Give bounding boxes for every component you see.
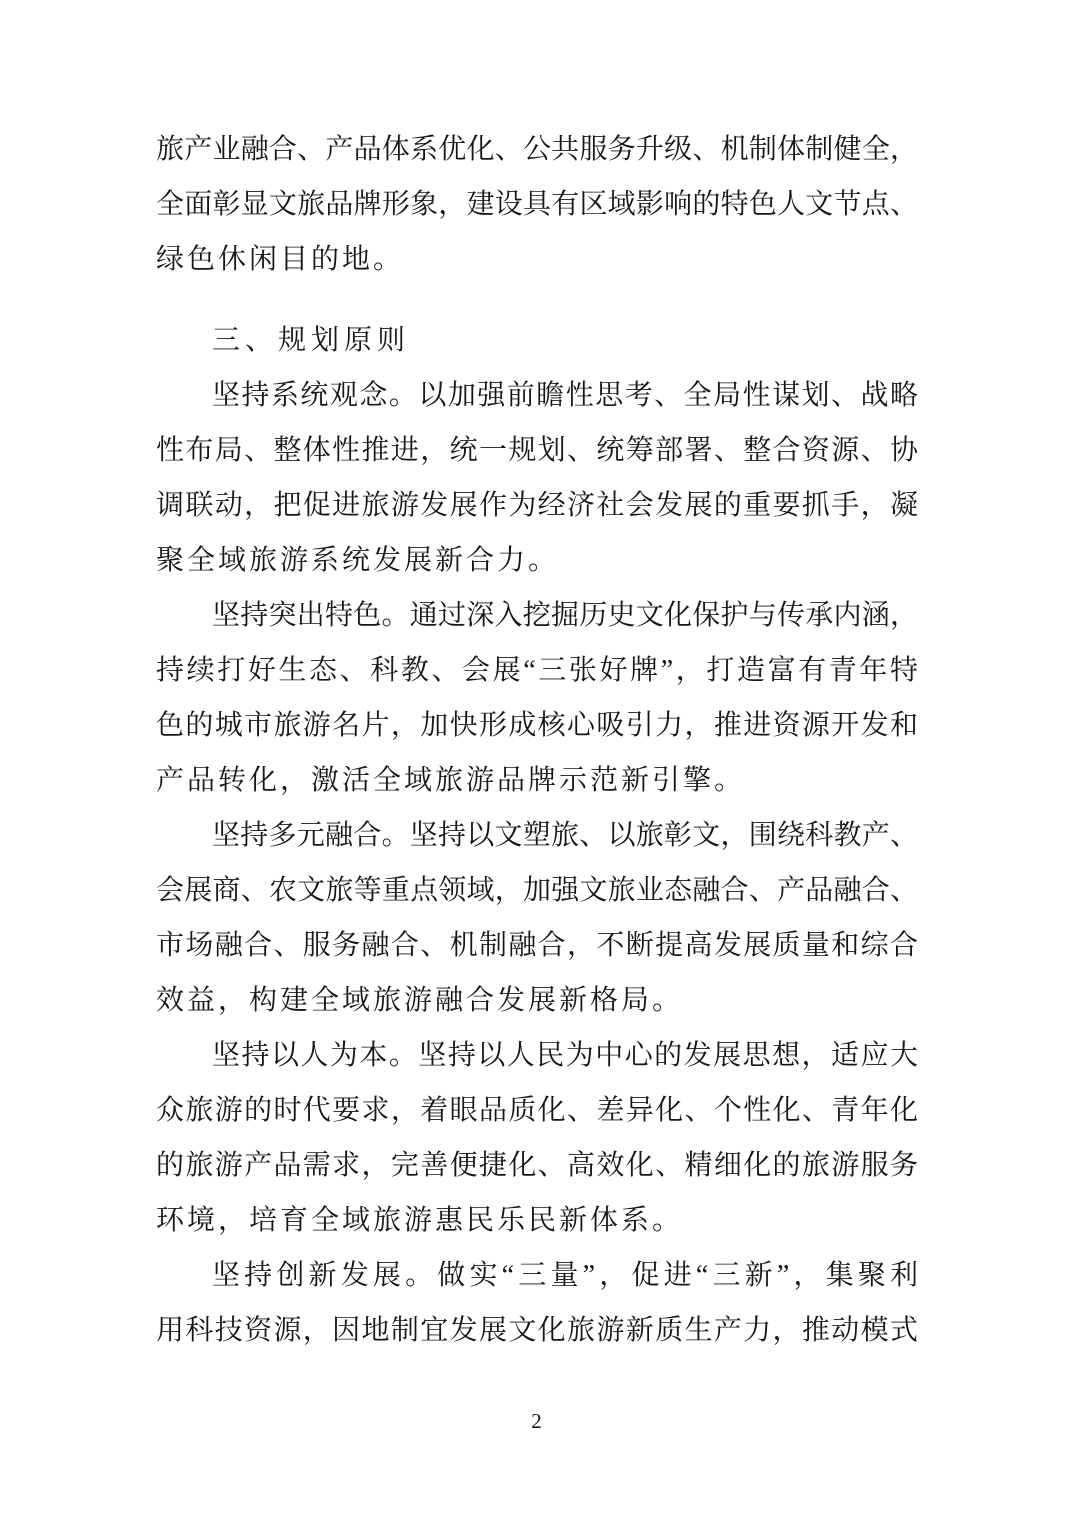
paragraph: 坚持以人为本。坚持以人民为中心的发展思想，适应大 众旅游的时代要求，着眼品质化、… [156,1028,918,1248]
text-line: 的旅游产品需求，完善便捷化、高效化、精细化的旅游服务 [156,1138,918,1193]
text-line: 坚持创新发展。做实“三量”，促进“三新”，集聚利 [156,1248,918,1303]
text-line: 众旅游的时代要求，着眼品质化、差异化、个性化、青年化 [156,1083,918,1138]
text-line: 效益，构建全域旅游融合发展新格局。 [156,973,918,1028]
document-body: 旅产业融合、产品体系优化、公共服务升级、机制体制健全， 全面彰显文旅品牌形象，建… [156,122,918,1358]
text-line: 市场融合、服务融合、机制融合，不断提高发展质量和综合 [156,918,918,973]
page-footer: 2 [0,1406,1073,1436]
text-line: 产品转化，激活全域旅游品牌示范新引擎。 [156,753,918,808]
section-heading: 三、规划原则 [156,313,918,368]
text-line: 环境，培育全域旅游惠民乐民新体系。 [156,1193,918,1248]
text-line: 旅产业融合、产品体系优化、公共服务升级、机制体制健全， [156,122,918,177]
text-line: 绿色休闲目的地。 [156,232,918,287]
text-line: 会展商、农文旅等重点领域，加强文旅业态融合、产品融合、 [156,863,918,918]
text-line: 调联动，把促进旅游发展作为经济社会发展的重要抓手，凝 [156,478,918,533]
paragraph: 坚持系统观念。以加强前瞻性思考、全局性谋划、战略 性布局、整体性推进，统一规划、… [156,368,918,588]
paragraph: 坚持多元融合。坚持以文塑旅、以旅彰文，围绕科教产、 会展商、农文旅等重点领域，加… [156,808,918,1028]
paragraph: 坚持创新发展。做实“三量”，促进“三新”，集聚利 用科技资源，因地制宜发展文化旅… [156,1248,918,1358]
page-number: 2 [531,1409,542,1433]
text-line: 用科技资源，因地制宜发展文化旅游新质生产力，推动模式 [156,1303,918,1358]
text-line: 聚全域旅游系统发展新合力。 [156,533,918,588]
text-line: 坚持系统观念。以加强前瞻性思考、全局性谋划、战略 [156,368,918,423]
text-line: 持续打好生态、科教、会展“三张好牌”，打造富有青年特 [156,643,918,698]
text-line: 坚持突出特色。通过深入挖掘历史文化保护与传承内涵， [156,588,918,643]
text-line: 全面彰显文旅品牌形象，建设具有区域影响的特色人文节点、 [156,177,918,232]
text-line: 色的城市旅游名片，加快形成核心吸引力，推进资源开发和 [156,698,918,753]
document-page: 旅产业融合、产品体系优化、公共服务升级、机制体制健全， 全面彰显文旅品牌形象，建… [0,0,1073,1519]
paragraph-continuation: 旅产业融合、产品体系优化、公共服务升级、机制体制健全， 全面彰显文旅品牌形象，建… [156,122,918,287]
text-line: 坚持以人为本。坚持以人民为中心的发展思想，适应大 [156,1028,918,1083]
paragraph: 坚持突出特色。通过深入挖掘历史文化保护与传承内涵， 持续打好生态、科教、会展“三… [156,588,918,808]
text-line: 坚持多元融合。坚持以文塑旅、以旅彰文，围绕科教产、 [156,808,918,863]
text-line: 性布局、整体性推进，统一规划、统筹部署、整合资源、协 [156,423,918,478]
